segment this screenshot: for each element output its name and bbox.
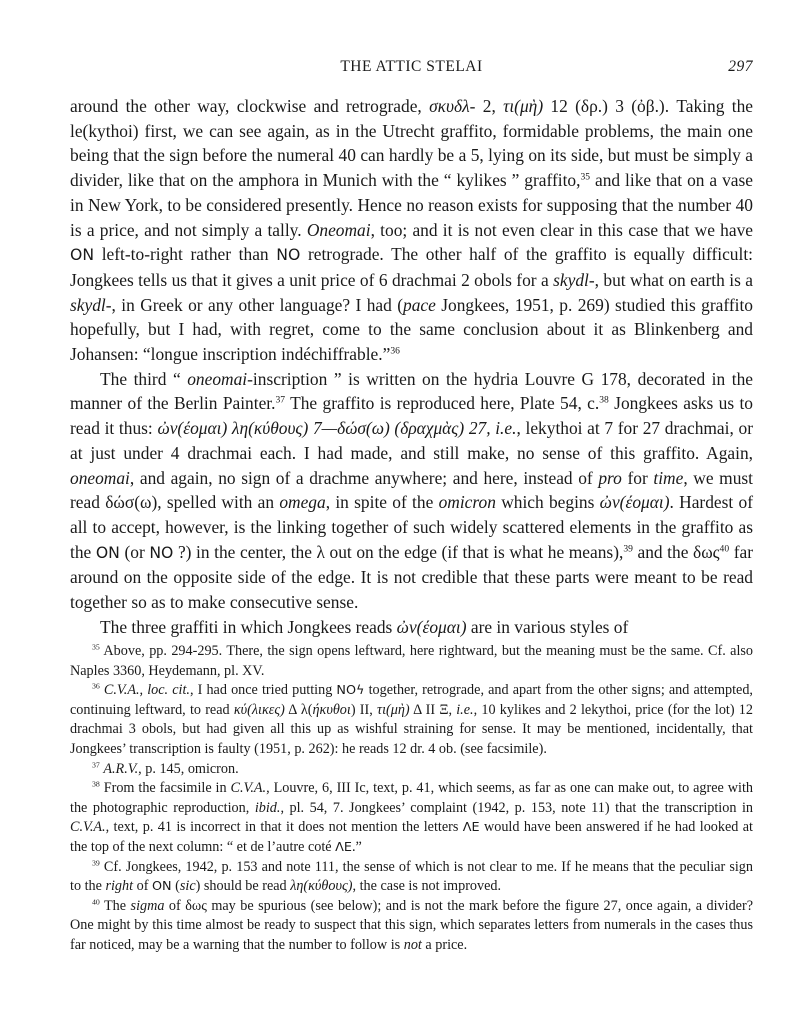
- body-text: around the other way, clockwise and retr…: [70, 94, 753, 639]
- italic-text: τι(μὴ): [503, 96, 543, 116]
- italic-text: C.V.A., loc. cit.: [104, 682, 190, 698]
- italic-text: τι(μὴ): [377, 702, 410, 718]
- italic-text: ήκυθοι: [312, 702, 350, 718]
- italic-text: A.R.V.: [103, 761, 138, 777]
- footnote-reference[interactable]: 35: [580, 171, 590, 182]
- footnote-40: 40 The sigma of δως may be spurious (see…: [70, 897, 753, 956]
- footnote-number: 38: [92, 780, 100, 789]
- footnote-reference[interactable]: 37: [275, 395, 285, 406]
- italic-text: σκυδλ-: [429, 96, 475, 116]
- italic-text: C.V.A.: [70, 819, 106, 835]
- inscription-letters: NO: [276, 245, 300, 264]
- footnote-36: 36 C.V.A., loc. cit., I had once tried p…: [70, 681, 753, 759]
- footnote-39: 39 Cf. Jongkees, 1942, p. 153 and note 1…: [70, 858, 753, 897]
- italic-text: Oneomai: [307, 220, 371, 240]
- italic-text: λη(κύθους): [290, 878, 352, 894]
- body-paragraph: around the other way, clockwise and retr…: [70, 94, 753, 367]
- italic-text: oneomai: [187, 369, 247, 389]
- inscription-letters: ON: [152, 879, 172, 894]
- footnote-35: 35 Above, pp. 294-295. There, the sign o…: [70, 642, 753, 681]
- italic-text: ibid.: [255, 800, 281, 816]
- italic-text: oneomai: [70, 468, 130, 488]
- italic-text: skydl-: [553, 270, 595, 290]
- footnotes: 35 Above, pp. 294-295. There, the sign o…: [70, 642, 753, 956]
- running-title: THE ATTIC STELAI: [70, 58, 753, 76]
- inscription-letters: NO: [149, 543, 173, 562]
- italic-text: sic: [180, 878, 196, 894]
- footnote-reference[interactable]: 40: [720, 543, 730, 554]
- italic-text: pro: [598, 468, 622, 488]
- italic-text: time: [653, 468, 683, 488]
- inscription-letters: ON: [96, 543, 120, 562]
- italic-text: skydl-: [70, 295, 112, 315]
- footnote-number: 39: [92, 858, 100, 867]
- body-paragraph: The third “ oneomai-inscription ” is wri…: [70, 367, 753, 615]
- italic-text: C.V.A.: [231, 780, 267, 796]
- italic-text: pace: [403, 295, 436, 315]
- footnote-number: 35: [92, 643, 100, 652]
- footnote-number: 36: [92, 682, 100, 691]
- inscription-letters: ΛΕ: [463, 820, 480, 835]
- footnote-number: 40: [92, 897, 100, 906]
- footnote-number: 37: [92, 760, 100, 769]
- page-number: 297: [728, 58, 753, 76]
- inscription-letters: ON: [70, 245, 94, 264]
- footnote-reference[interactable]: 39: [623, 543, 633, 554]
- inscription-letters: ΛΕ: [335, 840, 352, 855]
- italic-text: i.e.: [456, 702, 473, 718]
- italic-text: not: [404, 937, 422, 953]
- italic-text: sigma: [131, 898, 165, 914]
- italic-text: ὠν(έομαι): [600, 492, 670, 512]
- body-paragraph: The three graffiti in which Jongkees rea…: [70, 615, 753, 640]
- footnote-38: 38 From the facsimile in C.V.A., Louvre,…: [70, 779, 753, 857]
- italic-text: κύ(λικες): [234, 702, 285, 718]
- italic-text: ὠν(έομαι) λη(κύθους) 7—δώσ(ω) (δραχμὰς) …: [157, 418, 516, 438]
- italic-text: ὠν(έομαι): [397, 617, 467, 637]
- footnote-reference[interactable]: 36: [390, 345, 400, 356]
- inscription-letters: NOϟ: [336, 683, 364, 698]
- footnote-reference[interactable]: 38: [599, 395, 609, 406]
- italic-text: right: [105, 878, 133, 894]
- footnote-37: 37 A.R.V., p. 145, omicron.: [70, 760, 753, 780]
- running-head: THE ATTIC STELAI 297: [70, 58, 753, 80]
- italic-text: omicron: [439, 492, 496, 512]
- italic-text: omega: [279, 492, 325, 512]
